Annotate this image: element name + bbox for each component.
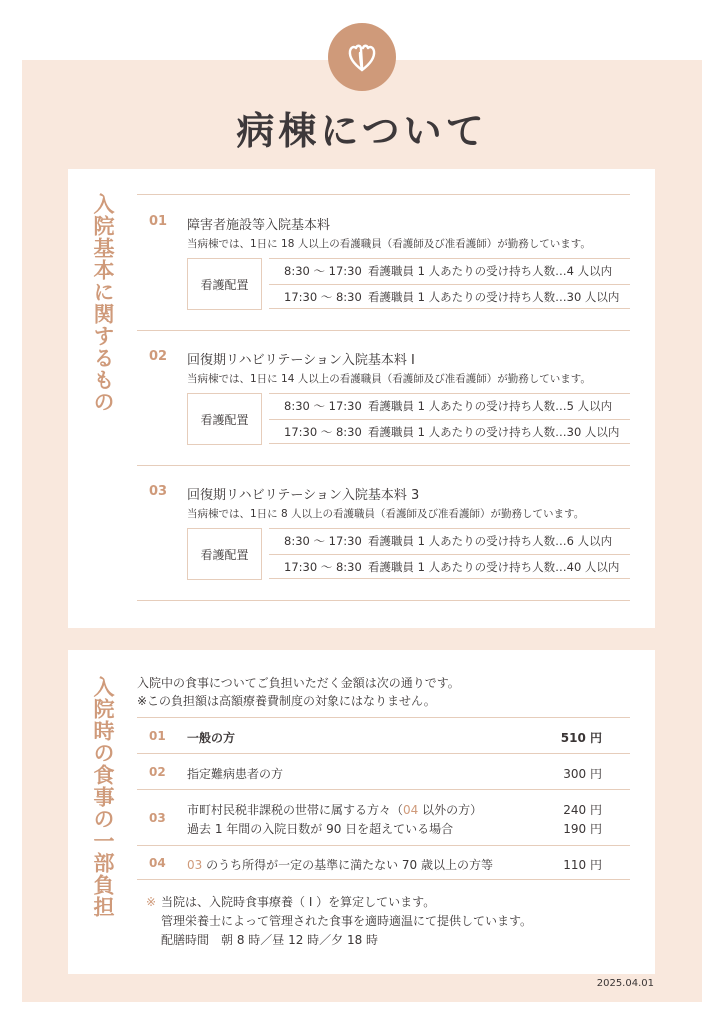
staffing-row: 17:30 ～ 8:30 看護職員 1 人あたりの受け持ち人数…30 人以内 <box>269 284 630 309</box>
staffing-row: 8:30 ～ 17:30 看護職員 1 人あたりの受け持ち人数…6 人以内 <box>269 528 630 553</box>
staffing-label: 看護配置 <box>187 528 262 580</box>
row-number: 01 <box>149 729 166 743</box>
item-number: 03 <box>149 484 167 499</box>
page-title: 病棟について <box>0 100 724 155</box>
staffing-ratio: 看護職員 1 人あたりの受け持ち人数…4 人以内 <box>368 263 612 279</box>
meal-charge-table: 01 一般の方 510 円 02 指定難病患者の方 300 円 03 市町村民税… <box>137 717 630 880</box>
intro-line: 入院中の食事についてご負担いただく金額は次の通りです。 <box>137 674 460 692</box>
table-row: 03 市町村民税非課税の世帯に属する方々（04 以外の方） 240 円 過去 1… <box>137 789 630 845</box>
staffing-row: 17:30 ～ 8:30 看護職員 1 人あたりの受け持ち人数…40 人以内 <box>269 554 630 579</box>
divider <box>137 600 630 601</box>
note-line: 当院は、入院時食事療養（ I ）を算定しています。 <box>146 893 532 912</box>
item-name: 回復期リハビリテーション入院基本料 I <box>187 349 415 368</box>
note-mark: ※ <box>146 893 156 912</box>
shift-time: 8:30 ～ 17:30 <box>284 533 368 549</box>
table-row: 02 指定難病患者の方 300 円 <box>137 753 630 789</box>
divider <box>137 194 630 195</box>
meal-charge-section: 入院時の食事の一部負担 入院中の食事についてご負担いただく金額は次の通りです。 … <box>68 650 655 974</box>
staffing-ratio: 看護職員 1 人あたりの受け持ち人数…30 人以内 <box>368 424 619 440</box>
shift-time: 8:30 ～ 17:30 <box>284 263 368 279</box>
row-price: 510 円 <box>561 729 602 746</box>
table-row: 01 一般の方 510 円 <box>137 717 630 753</box>
label-text: 市町村民税非課税の世帯に属する方々（ <box>187 803 403 817</box>
item-description: 当病棟では、1日に 8 人以上の看護職員（看護師及び准看護師）が勤務しています。 <box>187 506 584 521</box>
issue-date: 2025.04.01 <box>597 978 654 989</box>
shift-time: 8:30 ～ 17:30 <box>284 398 368 414</box>
table-row: 04 03 のうち所得が一定の基準に満たない 70 歳以上の方等 110 円 <box>137 845 630 880</box>
row-label-sub: 過去 1 年間の入院日数が 90 日を超えている場合 <box>187 820 453 837</box>
item-number: 01 <box>149 214 167 229</box>
logo <box>328 23 396 91</box>
row-label: 一般の方 <box>187 729 235 746</box>
label-text: 以外の方） <box>418 803 482 817</box>
staffing-ratio: 看護職員 1 人あたりの受け持ち人数…5 人以内 <box>368 398 612 414</box>
section-label: 入院時の食事の一部負担 <box>90 676 116 918</box>
row-number: 03 <box>149 811 166 825</box>
row-price-sub: 190 円 <box>563 820 602 837</box>
item-name: 障害者施設等入院基本料 <box>187 214 330 233</box>
row-price: 240 円 <box>563 801 602 818</box>
note-line: 配膳時間 朝 8 時／昼 12 時／夕 18 時 <box>146 931 532 950</box>
shift-time: 17:30 ～ 8:30 <box>284 559 368 575</box>
shift-time: 17:30 ～ 8:30 <box>284 424 368 440</box>
note-line: 管理栄養士によって管理された食事を適時適温にて提供しています。 <box>146 912 532 931</box>
staffing-label: 看護配置 <box>187 258 262 310</box>
row-label: 03 のうち所得が一定の基準に満たない 70 歳以上の方等 <box>187 856 493 873</box>
section-label: 入院基本に関するもの <box>90 193 116 413</box>
reference-number: 04 <box>403 803 418 817</box>
divider <box>137 330 630 331</box>
row-label: 指定難病患者の方 <box>187 765 283 782</box>
intro-text: 入院中の食事についてご負担いただく金額は次の通りです。 ※この負担額は高額療養費… <box>137 674 460 710</box>
row-number: 02 <box>149 765 166 779</box>
item-name: 回復期リハビリテーション入院基本料 3 <box>187 484 419 503</box>
ward-item: 03 回復期リハビリテーション入院基本料 3 当病棟では、1日に 8 人以上の看… <box>137 484 630 584</box>
item-description: 当病棟では、1日に 14 人以上の看護職員（看護師及び准看護師）が勤務しています… <box>187 371 591 386</box>
staffing-row: 8:30 ～ 17:30 看護職員 1 人あたりの受け持ち人数…5 人以内 <box>269 393 630 418</box>
ward-item: 02 回復期リハビリテーション入院基本料 I 当病棟では、1日に 14 人以上の… <box>137 349 630 449</box>
divider <box>137 465 630 466</box>
staffing-label: 看護配置 <box>187 393 262 445</box>
staffing-ratio: 看護職員 1 人あたりの受け持ち人数…30 人以内 <box>368 289 619 305</box>
shift-time: 17:30 ～ 8:30 <box>284 289 368 305</box>
item-number: 02 <box>149 349 167 364</box>
item-description: 当病棟では、1日に 18 人以上の看護職員（看護師及び准看護師）が勤務しています… <box>187 236 591 251</box>
inpatient-basic-section: 入院基本に関するもの 01 障害者施設等入院基本料 当病棟では、1日に 18 人… <box>68 169 655 628</box>
row-price: 110 円 <box>563 856 602 873</box>
staffing-ratio: 看護職員 1 人あたりの受け持ち人数…40 人以内 <box>368 559 619 575</box>
label-text: のうち所得が一定の基準に満たない 70 歳以上の方等 <box>202 858 493 872</box>
intro-note: ※この負担額は高額療養費制度の対象にはなりません。 <box>137 692 460 710</box>
row-number: 04 <box>149 856 166 870</box>
staffing-row: 17:30 ～ 8:30 看護職員 1 人あたりの受け持ち人数…30 人以内 <box>269 419 630 444</box>
staffing-ratio: 看護職員 1 人あたりの受け持ち人数…6 人以内 <box>368 533 612 549</box>
staffing-row: 8:30 ～ 17:30 看護職員 1 人あたりの受け持ち人数…4 人以内 <box>269 258 630 283</box>
meal-note: ※ 当院は、入院時食事療養（ I ）を算定しています。 管理栄養士によって管理さ… <box>146 893 532 950</box>
heart-leaf-icon <box>344 39 380 75</box>
ward-item: 01 障害者施設等入院基本料 当病棟では、1日に 18 人以上の看護職員（看護師… <box>137 214 630 314</box>
row-label: 市町村民税非課税の世帯に属する方々（04 以外の方） <box>187 801 482 818</box>
row-price: 300 円 <box>563 765 602 782</box>
reference-number: 03 <box>187 858 202 872</box>
